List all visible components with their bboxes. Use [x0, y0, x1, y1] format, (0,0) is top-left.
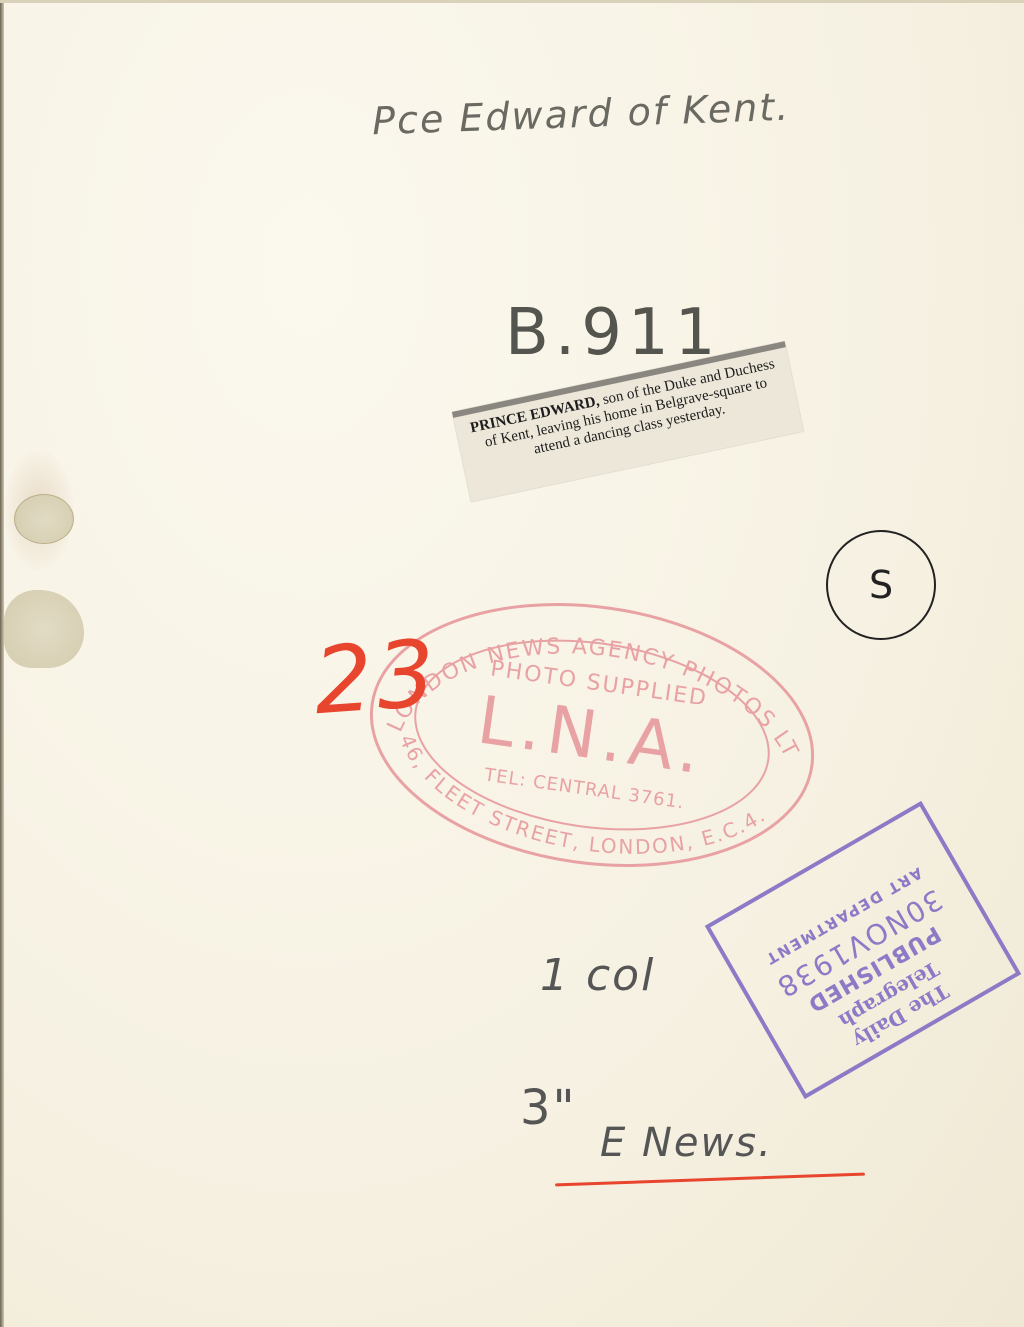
paper-edge-top [0, 0, 1024, 3]
circled-mark: S [826, 530, 936, 640]
inch-note: 3" [520, 1080, 577, 1136]
water-stain [14, 494, 74, 544]
section-note: E News. [600, 1120, 773, 1166]
paper-edge [0, 0, 4, 1327]
red-number: 23 [310, 620, 442, 735]
column-note: 1 col [540, 950, 655, 1001]
catalog-number: B.911 [505, 296, 721, 370]
circled-letter: S [869, 563, 893, 607]
